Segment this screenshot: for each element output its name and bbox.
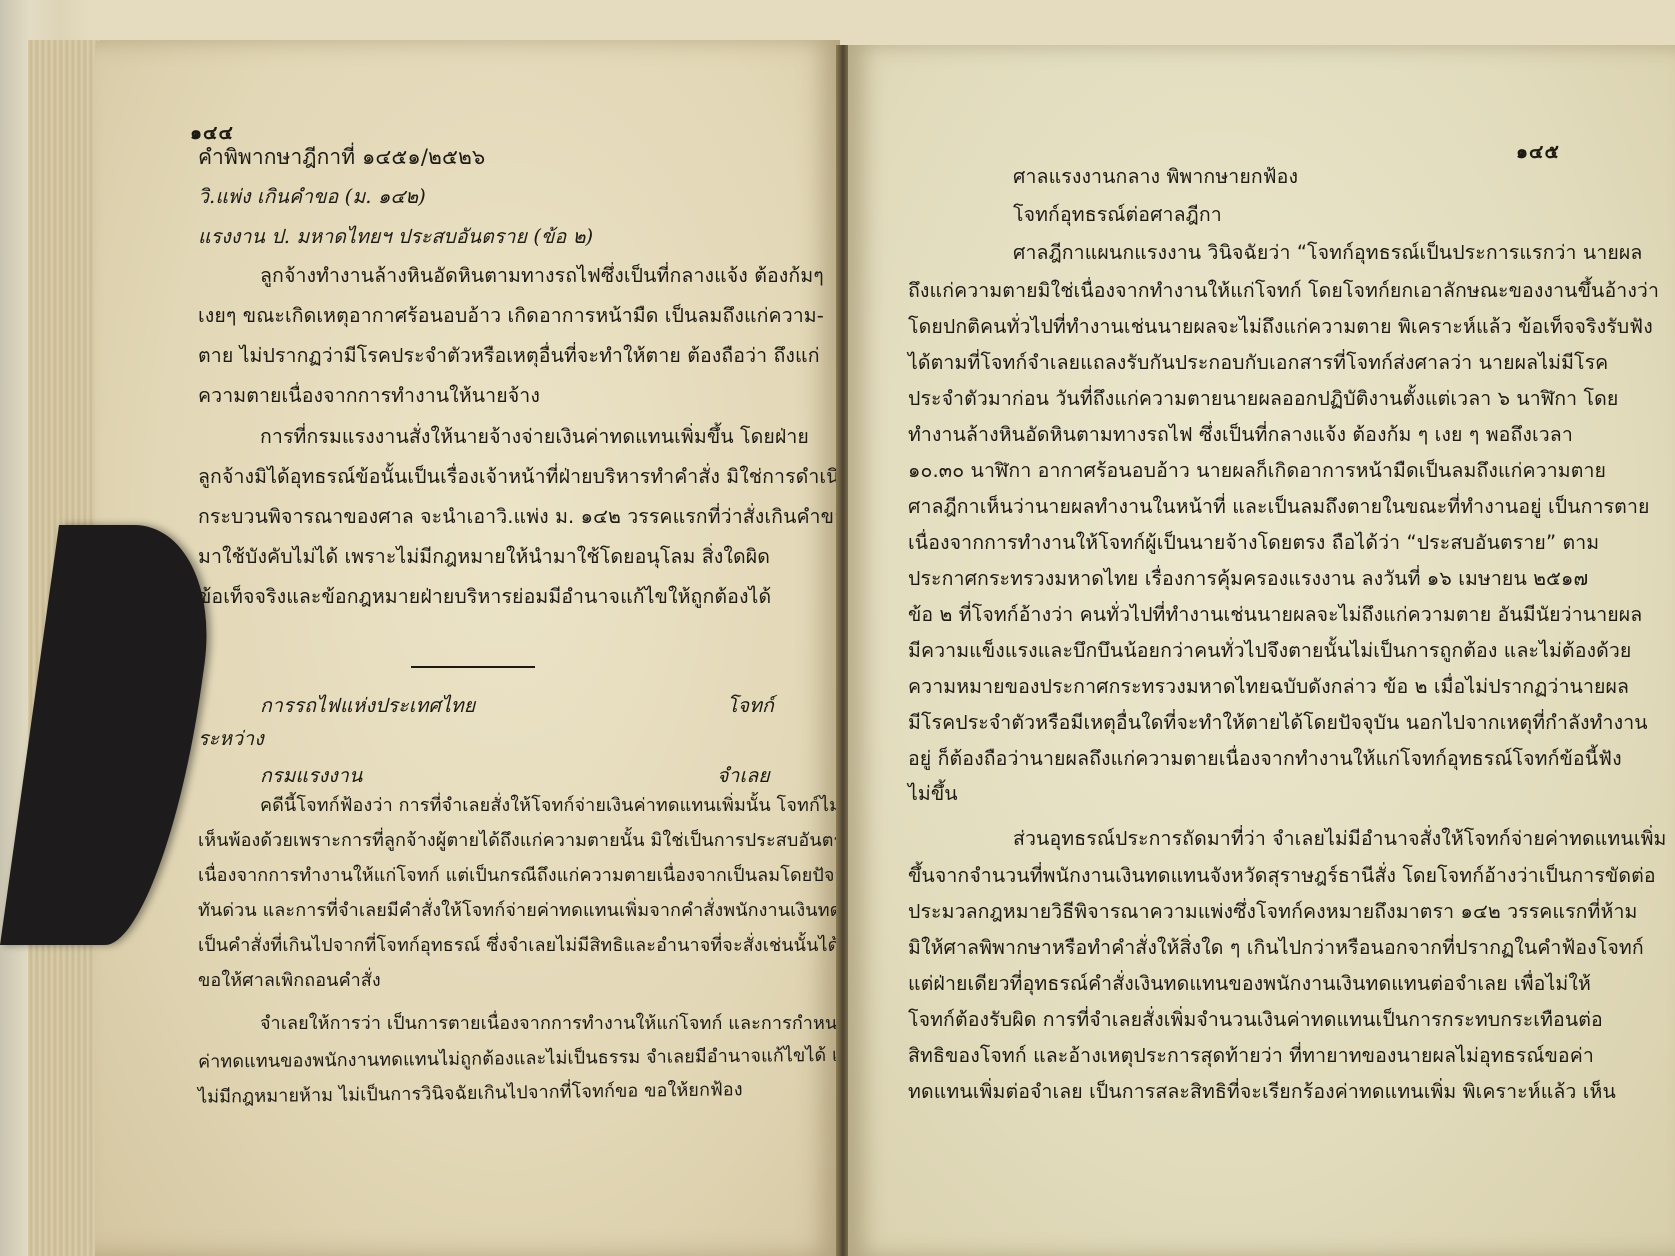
defendant-role: จำเลย xyxy=(717,762,770,790)
body-line: เนื่องจากการทำงานให้แก่โจทก์ แต่เป็นกรณี… xyxy=(198,862,869,890)
body-line: สิทธิของโจทก์ และอ้างเหตุประการสุดท้ายว่… xyxy=(908,1042,1594,1070)
summary-line: ความตายเนื่องจากการทำงานให้นายจ้าง xyxy=(198,382,540,410)
body-line: ประจำตัวมาก่อน วันที่ถึงแก่ความตายนายผลอ… xyxy=(908,385,1618,413)
body-line: มิให้ศาลพิพากษาหรือทำคำสั่งให้สิ่งใด ๆ เ… xyxy=(908,934,1644,962)
body-line: ไม่ขึ้น xyxy=(908,780,958,808)
body-line: ข้อ ๒ ที่โจทก์อ้างว่า คนทั่วไปที่ทำงานเช… xyxy=(908,601,1642,629)
body-line: จำเลยให้การว่า เป็นการตายเนื่องจากการทำง… xyxy=(260,1010,849,1038)
summary-line: ลูกจ้างทำงานล้างหินอัดหินตามทางรถไฟซึ่งเ… xyxy=(260,262,824,290)
left-page: ๑๔๔ คำพิพากษาฎีกาที่ ๑๔๕๑/๒๕๒๖ วิ.แพ่ง เ… xyxy=(95,40,840,1256)
plaintiff-role: โจทก์ xyxy=(727,692,774,720)
summary-line: ลูกจ้างมิได้อุทธรณ์ข้อนั้นเป็นเรื่องเจ้า… xyxy=(198,463,853,491)
defendant-name: กรมแรงงาน xyxy=(260,762,362,790)
plaintiff-name: การรถไฟแห่งประเทศไทย xyxy=(260,692,475,720)
between-label: ระหว่าง xyxy=(198,725,264,753)
body-line: ส่วนอุทธรณ์ประการถัดมาที่ว่า จำเลยไม่มีอ… xyxy=(1013,825,1667,853)
body-line: ศาลฎีกาแผนกแรงงาน วินิจฉัยว่า “โจทก์อุทธ… xyxy=(1013,239,1642,267)
body-line: เนื่องจากการทำงานให้โจทก์ผู้เป็นนายจ้างโ… xyxy=(908,529,1599,557)
headnote-tag: แรงงาน ป. มหาดไทยฯ ประสบอันตราย (ข้อ ๒) xyxy=(198,223,593,251)
body-line: เห็นพ้องด้วยเพราะการที่ลูกจ้างผู้ตายได้ถ… xyxy=(198,827,864,855)
body-line: มีโรคประจำตัวหรือมีเหตุอื่นใดที่จะทำให้ต… xyxy=(908,709,1648,737)
case-title: คำพิพากษาฎีกาที่ ๑๔๕๑/๒๕๒๖ xyxy=(198,143,485,171)
body-line: ความหมายของประกาศกระทรวงมหาดไทยฉบับดังกล… xyxy=(908,673,1629,701)
body-line: โดยปกติคนทั่วไปที่ทำงานเช่นนายผลจะไม่ถึง… xyxy=(908,313,1653,341)
body-line: ขอให้ศาลเพิกถอนคำสั่ง xyxy=(198,967,381,995)
body-line: ประมวลกฎหมายวิธีพิจารณาความแพ่งซึ่งโจทก์… xyxy=(908,898,1637,926)
summary-line: เงยๆ ขณะเกิดเหตุอากาศร้อนอบอ้าว เกิดอากา… xyxy=(198,302,824,330)
body-line: ศาลฎีกาเห็นว่านายผลทำงานในหน้าที่ และเป็… xyxy=(908,493,1650,521)
right-page: ๑๔๕ ศาลแรงงานกลาง พิพากษายกฟ้อง โจทก์อุท… xyxy=(848,45,1675,1256)
body-line: ทันด่วน และการที่จำเลยมีคำสั่งให้โจทก์จ่… xyxy=(198,897,878,925)
headnote-tag: วิ.แพ่ง เกินคำขอ (ม. ๑๔๒) xyxy=(198,183,426,211)
body-line: มีความแข็งแรงและบึกบึนน้อยกว่าคนทั่วไปจึ… xyxy=(908,637,1631,665)
body-line: ทดแทนเพิ่มต่อจำเลย เป็นการสละสิทธิที่จะเ… xyxy=(908,1078,1616,1106)
section-divider xyxy=(411,666,535,668)
body-line: ๑๐.๓๐ นาฬิกา อากาศร้อนอบอ้าว นายผลก็เกิด… xyxy=(908,457,1606,485)
summary-line: มาใช้บังคับไม่ได้ เพราะไม่มีกฎหมายให้นำม… xyxy=(198,543,770,571)
body-line: แต่ฝ่ายเดียวที่อุทธรณ์คำสั่งเงินทดแทนของ… xyxy=(908,970,1591,998)
body-line: ค่าทดแทนของพนักงานทดแทนไม่ถูกต้องและไม่เ… xyxy=(198,1041,880,1076)
body-line: เป็นคำสั่งที่เกินไปจากที่โจทก์อุทธรณ์ ซึ… xyxy=(198,932,865,960)
body-line: ได้ตามที่โจทก์จำเลยแถลงรับกันประกอบกับเอ… xyxy=(908,349,1608,377)
body-line: ประกาศกระทรวงมหาดไทย เรื่องการคุ้มครองแร… xyxy=(908,565,1588,593)
body-line: โจทก์ต้องรับผิด การที่จำเลยสั่งเพิ่มจำนว… xyxy=(908,1006,1603,1034)
body-line: ขึ้นจากจำนวนที่พนักงานเงินทดแทนจังหวัดสุ… xyxy=(908,862,1656,890)
body-line: ไม่มีกฎหมายห้าม ไม่เป็นการวินิจฉัยเกินไป… xyxy=(198,1076,743,1112)
body-line: คดีนี้โจทก์ฟ้องว่า การที่จำเลยสั่งให้โจท… xyxy=(260,792,841,820)
summary-line: กระบวนพิจารณาของศาล จะนำเอาวิ.แพ่ง ม. ๑๔… xyxy=(198,503,846,531)
right-page-number: ๑๔๕ xyxy=(1516,137,1560,167)
summary-line: การที่กรมแรงงานสั่งให้นายจ้างจ่ายเงินค่า… xyxy=(260,423,809,451)
body-line: ถึงแก่ความตายมิใช่เนื่องจากทำงานให้แก่โจ… xyxy=(908,277,1659,305)
body-line: ทำงานล้างหินอัดหินตามทางรถไฟ ซึ่งเป็นที่… xyxy=(908,421,1573,449)
summary-line: ตาย ไม่ปรากฏว่ามีโรคประจำตัวหรือเหตุอื่น… xyxy=(198,342,820,370)
body-line: โจทก์อุทธรณ์ต่อศาลฎีกา xyxy=(1013,201,1222,229)
summary-line: ข้อเท็จจริงและข้อกฎหมายฝ่ายบริหารย่อมมีอ… xyxy=(198,583,771,611)
body-line: อยู่ ก็ต้องถือว่านายผลถึงแก่ความตายเนื่อ… xyxy=(908,745,1622,773)
body-line: ศาลแรงงานกลาง พิพากษายกฟ้อง xyxy=(1013,163,1298,191)
